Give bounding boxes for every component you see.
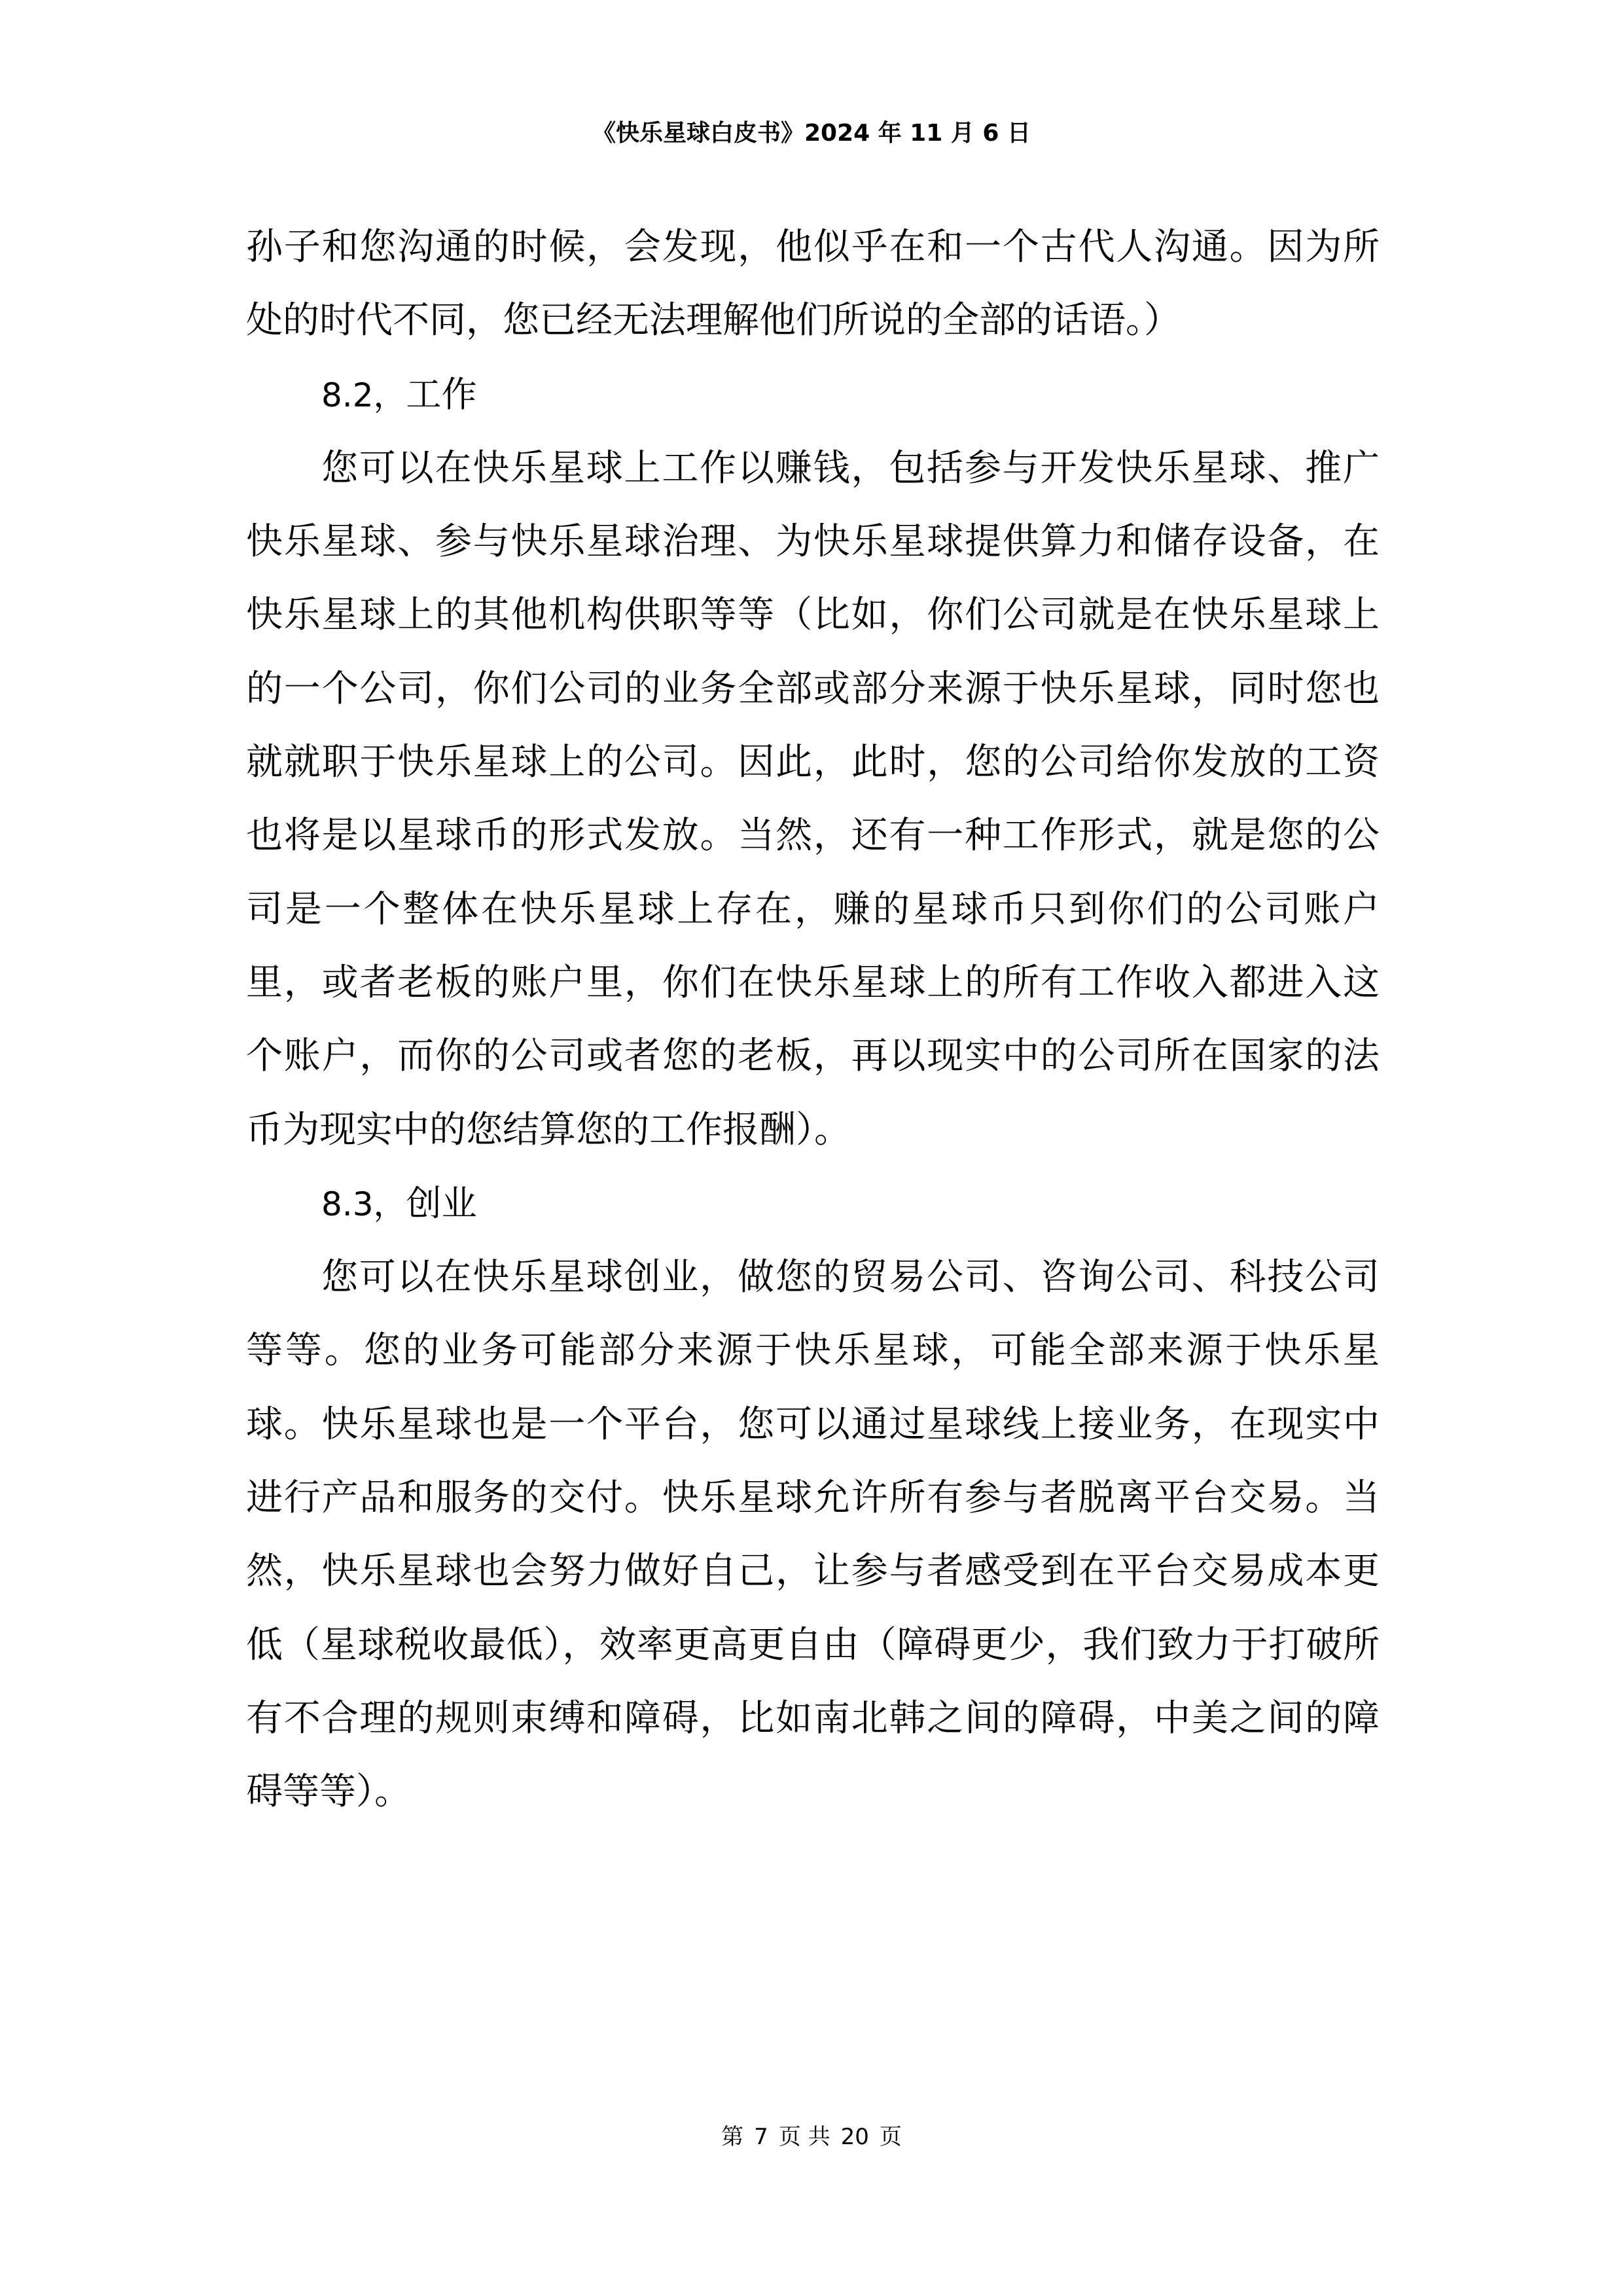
section-title: 工作 [406, 374, 477, 415]
footer-suffix: 页 [880, 2124, 902, 2150]
footer-middle: 页 共 [779, 2124, 830, 2150]
section-heading-8-2: 8.2，工作 [246, 358, 1380, 432]
current-page-number: 7 [754, 2124, 768, 2150]
section-8-3-paragraph: 您可以在快乐星球创业，做您的贸易公司、咨询公司、科技公司等等。您的业务可能部分来… [246, 1241, 1380, 1829]
section-number: 8.3， [321, 1185, 406, 1223]
continued-paragraph: 孙子和您沟通的时候，会发现，他似乎在和一个古代人沟通。因为所处的时代不同，您已经… [246, 211, 1380, 358]
page-header: 《快乐星球白皮书》2024 年 11 月 6 日 [0, 115, 1623, 152]
header-title: 《快乐星球白皮书》2024 年 11 月 6 日 [592, 120, 1031, 147]
page-footer: 第7页 共20页 [0, 2121, 1623, 2153]
section-title: 创业 [406, 1183, 477, 1224]
total-pages-number: 20 [841, 2124, 869, 2150]
section-8-2-paragraph: 您可以在快乐星球上工作以赚钱，包括参与开发快乐星球、推广快乐星球、参与快乐星球治… [246, 432, 1380, 1167]
section-heading-8-3: 8.3，创业 [246, 1167, 1380, 1241]
section-number: 8.2， [321, 376, 406, 414]
footer-prefix: 第 [721, 2124, 743, 2150]
document-body: 孙子和您沟通的时候，会发现，他似乎在和一个古代人沟通。因为所处的时代不同，您已经… [246, 211, 1380, 1829]
